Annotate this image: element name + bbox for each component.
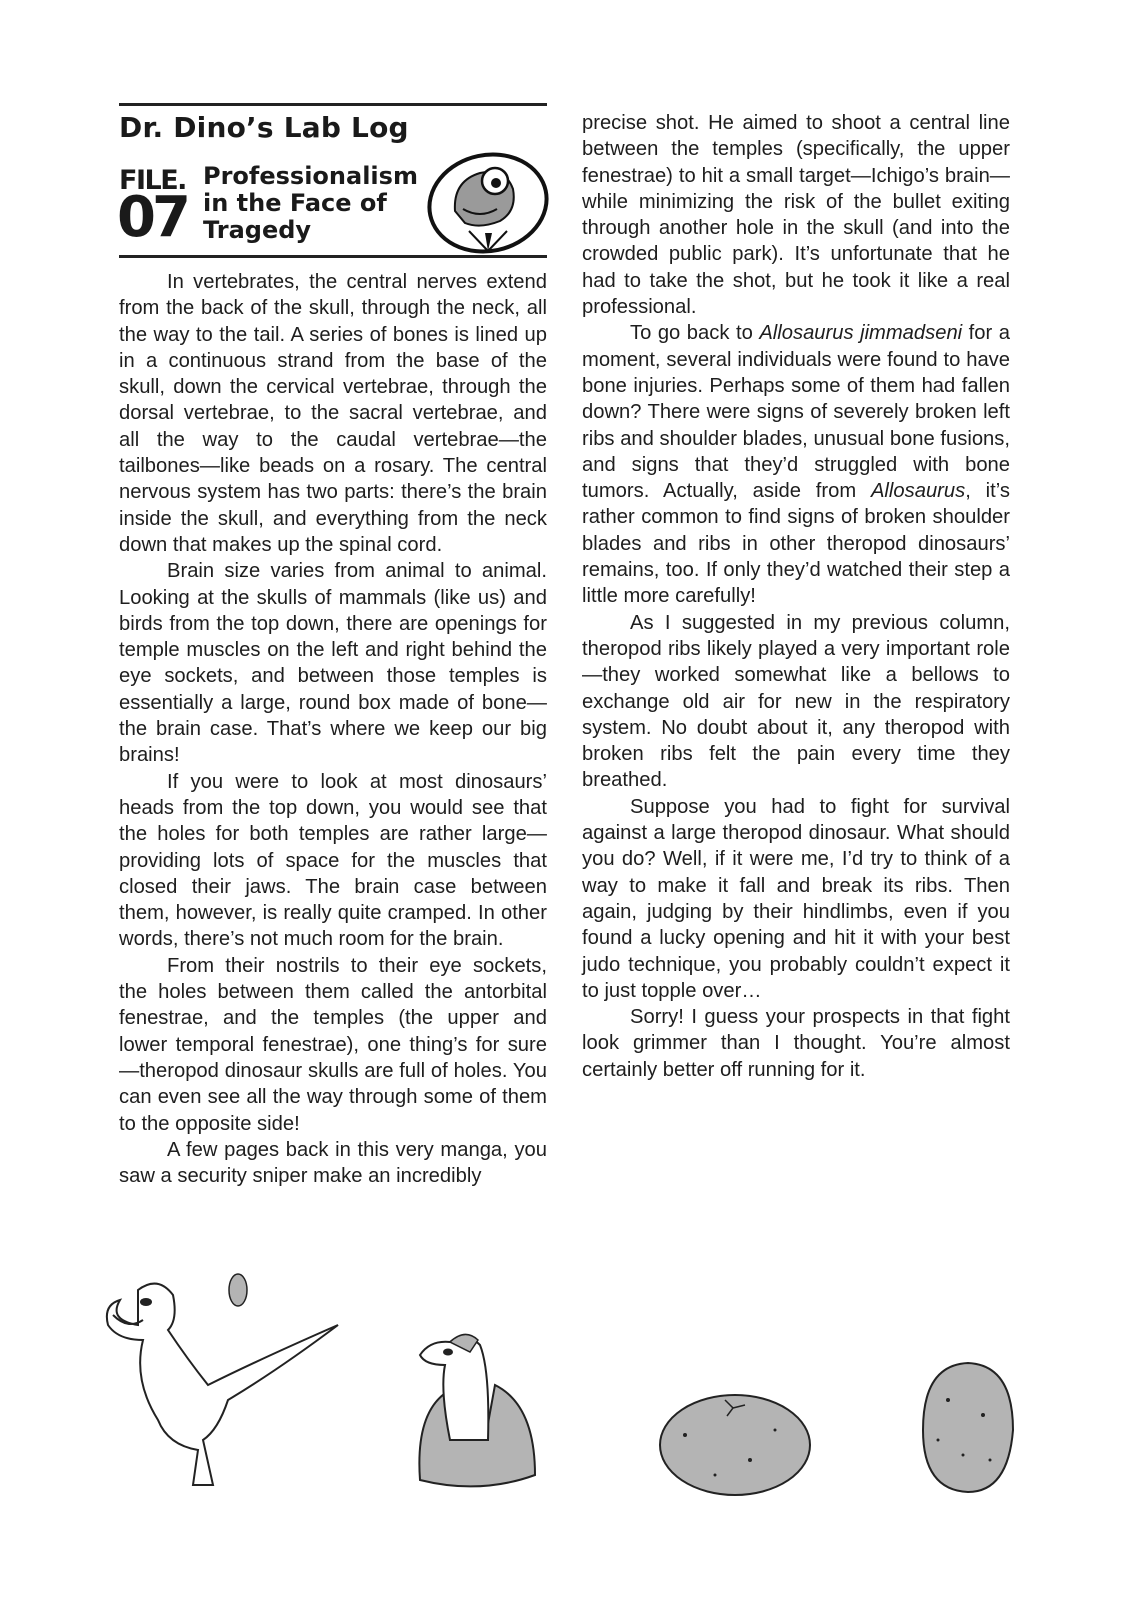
header-bottom-rule [119,255,547,258]
text-run: for a moment, several individuals were f… [582,322,1010,502]
species-name: Allosaurus jimmadseni [759,322,962,344]
right-column: precise shot. He aimed to shoot a centra… [582,110,1010,1083]
cracked-egg-icon [655,1390,815,1500]
paragraph: As I suggested in my previous column, th… [582,610,1010,794]
paragraph: If you were to look at most dinosaurs’ h… [119,769,547,953]
header-top-rule [119,103,547,106]
paragraph: Sorry! I guess your prospects in that fi… [582,1004,1010,1083]
file-subtitle: Professionalism in the Face of Tragedy [203,163,418,244]
dr-dino-avatar-icon [425,151,551,255]
subtitle-line: Tragedy [203,217,418,244]
paragraph: To go back to Allosaurus jimmadseni for … [582,320,1010,609]
page-title: Dr. Dino’s Lab Log [119,111,409,144]
column-header: Dr. Dino’s Lab Log FILE. 07 Professional… [119,103,547,258]
paragraph: precise shot. He aimed to shoot a centra… [582,110,1010,320]
running-dinosaur-icon [98,1270,348,1500]
paragraph: Suppose you had to fight for survival ag… [582,794,1010,1004]
subtitle-line: Professionalism [203,163,418,190]
upright-egg-icon [918,1360,1018,1495]
paragraph: In vertebrates, the central nerves exten… [119,269,547,558]
hatching-dinosaur-icon [410,1330,570,1500]
left-column: In vertebrates, the central nerves exten… [119,269,547,1189]
file-number: 07 [117,185,187,250]
subtitle-line: in the Face of [203,190,418,217]
paragraph: A few pages back in this very manga, you… [119,1137,547,1190]
species-name: Allosaurus [871,480,965,502]
paragraph: Brain size varies from animal to animal.… [119,558,547,768]
text-run: To go back to [630,322,759,344]
paragraph: From their nostrils to their eye sockets… [119,953,547,1137]
